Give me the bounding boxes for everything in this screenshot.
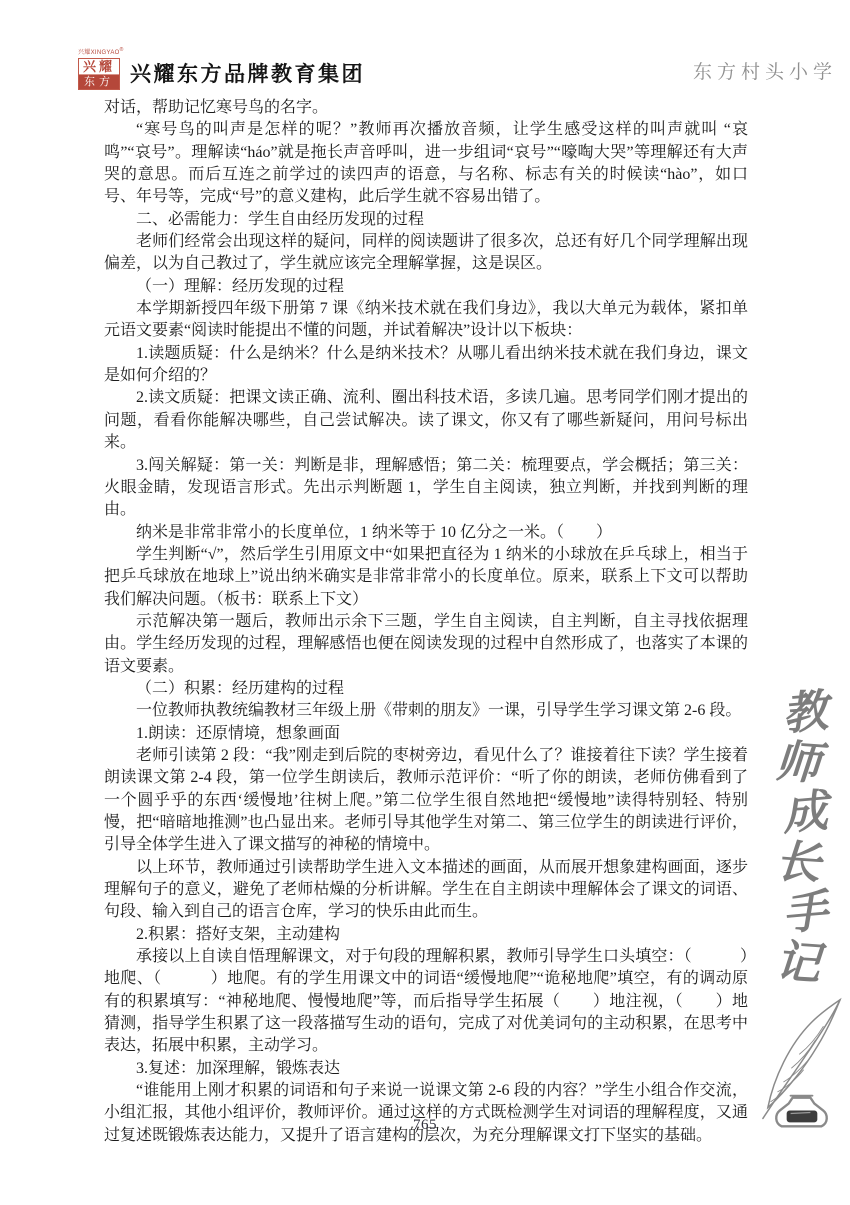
paragraph: 本学期新授四年级下册第 7 课《纳米技术就在我们身边》，我以大单元为载体，紧扣单… [104,298,748,343]
vertical-title-char: 记 [756,935,839,990]
paragraph: 一位教师执教统编教材三年级上册《带刺的朋友》一课，引导学生学习课文第 2-6 段… [104,700,748,722]
paragraph: （二）积累：经历建构的过程 [104,678,748,700]
paragraph: “谁能用上刚才积累的词语和句子来说一说课文第 2-6 段的内容？”学生小组合作交… [104,1080,748,1147]
paragraph: 老师们经常会出现这样的疑问，同样的阅读题讲了很多次，总还有好几个同学理解出现偏差… [104,231,748,276]
paragraph: 二、必需能力：学生自由经历发现的过程 [104,209,748,231]
paragraph: 示范解决第一题后，教师出示余下三题，学生自主阅读，自主判断，自主寻找依据理由。学… [104,611,748,678]
paragraph: 1.读题质疑：什么是纳米？什么是纳米技术？从哪儿看出纳米技术就在我们身边，课文是… [104,343,748,388]
page-footer: 765 [0,1116,850,1134]
paragraph: 2.积累：搭好支架，主动建构 [104,924,748,946]
paragraph: 学生判断“√”，然后学生引用原文中“如果把直径为 1 纳米的小球放在乒乓球上，相… [104,544,748,611]
vertical-title-char: 手 [763,884,847,941]
paragraph: 老师引读第 2 段：“我”刚走到后院的枣树旁边，看见什么了？谁接着往下读？学生接… [104,745,748,857]
paragraph: 纳米是非常非常小的长度单位，1 纳米等于 10 亿分之一米。（ ） [104,522,748,544]
paragraph: 承接以上自读自悟理解课文，对于句段的理解积累，教师引导学生口头填空：（ ）地爬、… [104,946,748,1058]
quill-and-ink-icon [754,996,848,1136]
seal-stamp: 兴耀 东方 [78,58,120,90]
logo-small-text: 兴耀XINGYAO® [78,47,126,57]
vertical-title-char: 师 [756,735,839,790]
brand-title: 兴耀东方品牌教育集团 [130,58,365,88]
seal-row-top: 兴耀 [79,59,119,75]
registered-mark: ® [120,47,124,53]
document-body: 对话，帮助记忆寒号鸟的名字。“寒号鸟的叫声是怎样的呢？”教师再次播放音频，让学生… [104,97,748,1147]
xingyao-seal-logo: 兴耀XINGYAO® 兴耀 东方 [78,47,126,90]
seal-row-bottom: 东方 [79,75,119,89]
logo-small-text-label: 兴耀XINGYAO [78,50,120,56]
document-page: 兴耀XINGYAO® 兴耀 东方 兴耀东方品牌教育集团 东方村头小学 对话，帮助… [0,0,850,1205]
vertical-title-char: 长 [756,835,839,890]
paragraph: “寒号鸟的叫声是怎样的呢？”教师再次播放音频，让学生感受这样的叫声就叫 “哀鸣”… [104,119,748,208]
vertical-title: 教师成长手记 [762,688,842,988]
paragraph: 对话，帮助记忆寒号鸟的名字。 [104,97,748,119]
paragraph: 3.复述：加深理解，锻炼表达 [104,1058,748,1080]
vertical-title-char: 教 [763,684,847,741]
paragraph: 3.闯关解疑：第一关：判断是非，理解感悟；第二关：梳理要点，学会概括；第三关：火… [104,455,748,522]
paragraph: 1.朗读：还原情境，想象画面 [104,723,748,745]
paragraph: 2.读文质疑：把课文读正确、流利、圈出科技术语，多读几遍。思考同学们刚才提出的问… [104,387,748,454]
school-name: 东方村头小学 [693,57,837,84]
vertical-title-char: 成 [763,784,847,841]
paragraph: 以上环节，教师通过引读帮助学生进入文本描述的画面，从而展开想象建构画面，逐步理解… [104,857,748,924]
paragraph: （一）理解：经历发现的过程 [104,276,748,298]
page-number: 765 [413,1117,437,1133]
